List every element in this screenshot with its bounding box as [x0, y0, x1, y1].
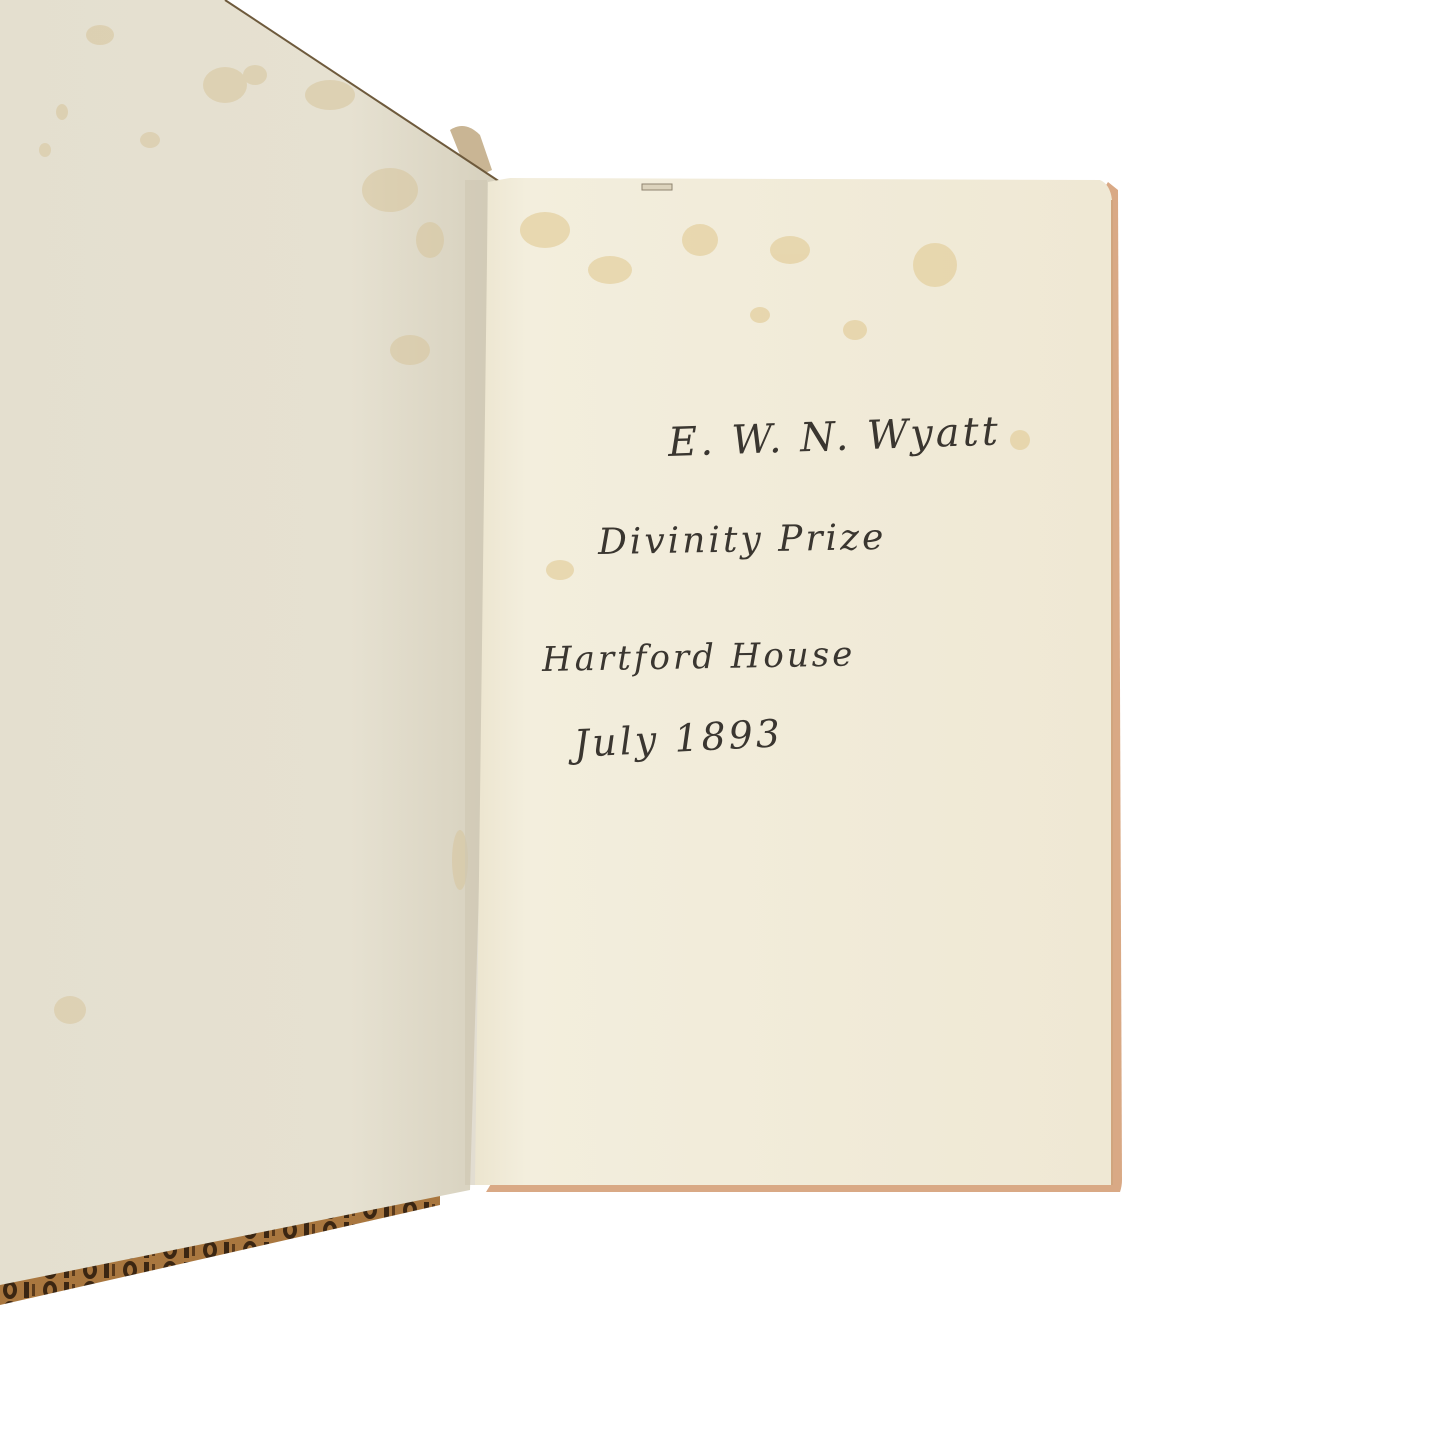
inscription-award: Divinity Prize: [598, 517, 887, 563]
book-photo: E. W. N. Wyatt Divinity Prize Hartford H…: [0, 0, 1445, 1445]
inscription-place: Hartford House: [542, 635, 856, 680]
right-page: [475, 178, 1122, 1192]
left-endpaper: [0, 0, 500, 1285]
